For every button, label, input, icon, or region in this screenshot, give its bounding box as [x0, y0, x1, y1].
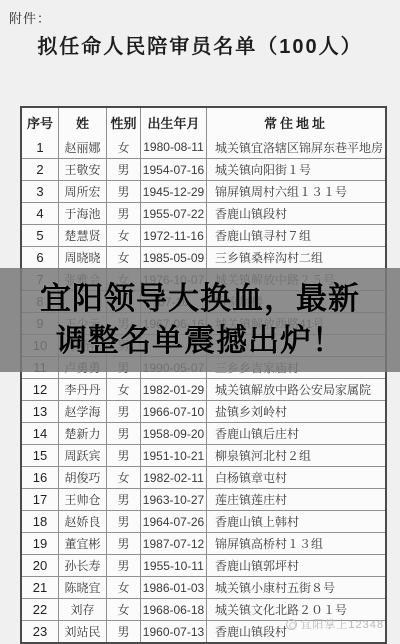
table-row: 18赵娇良男1964-07-26香鹿山镇上韩村 — [22, 510, 385, 532]
table-row: 5楚慧贤女1972-11-16香鹿山镇寻村７组 — [22, 224, 385, 246]
cell-address: 白杨镇章屯村 — [206, 467, 385, 488]
cell-name: 李丹丹 — [58, 379, 106, 400]
cell-birth: 1985-05-09 — [140, 247, 206, 268]
juror-table: 序号 姓 性别 出生年月 常住地址 1赵丽娜女1980-08-11城关镇宜洛辖区… — [20, 106, 387, 644]
cell-gender: 男 — [106, 159, 140, 180]
cell-name: 赵丽娜 — [58, 136, 106, 158]
cell-birth: 1951-10-21 — [140, 445, 206, 466]
cell-address: 香鹿山镇后庄村 — [206, 423, 385, 444]
cell-birth: 1960-07-13 — [140, 621, 206, 642]
circle-logo-icon — [286, 619, 297, 630]
cell-name: 董宜彬 — [58, 533, 106, 554]
watermark-text: 宜阳掌上12348 — [300, 616, 384, 632]
cell-gender: 女 — [106, 577, 140, 598]
header-cell-birth: 出生年月 — [140, 108, 206, 136]
headline-line-2: 调整名单震撼出炉！ — [56, 320, 344, 362]
cell-gender: 女 — [106, 467, 140, 488]
cell-birth: 1954-07-16 — [140, 159, 206, 180]
table-row: 20孙长寿男1955-10-11香鹿山镇郭坪村 — [22, 554, 385, 576]
headline-line-1: 宜阳领导大换血，最新 — [40, 278, 360, 320]
cell-name: 王帅仓 — [58, 489, 106, 510]
table-row: 1赵丽娜女1980-08-11城关镇宜洛辖区锦屏东巷平地房１号 — [22, 136, 385, 158]
cell-num: 4 — [22, 203, 58, 224]
cell-gender: 女 — [106, 599, 140, 620]
cell-birth: 1966-07-10 — [140, 401, 206, 422]
cell-name: 赵娇良 — [58, 511, 106, 532]
cell-address: 莲庄镇莲庄村 — [206, 489, 385, 510]
cell-gender: 男 — [106, 203, 140, 224]
table-row: 19董宜彬男1987-07-12锦屏镇高桥村１３组 — [22, 532, 385, 554]
table-row: 14楚新力男1958-09-20香鹿山镇后庄村 — [22, 422, 385, 444]
cell-num: 17 — [22, 489, 58, 510]
cell-name: 胡俊巧 — [58, 467, 106, 488]
cell-address: 锦屏镇高桥村１３组 — [206, 533, 385, 554]
table-row: 15周跃宾男1951-10-21柳泉镇河北村２组 — [22, 444, 385, 466]
cell-birth: 1982-02-11 — [140, 467, 206, 488]
cell-birth: 1968-06-18 — [140, 599, 206, 620]
cell-address: 香鹿山镇寻村７组 — [206, 225, 385, 246]
cell-gender: 女 — [106, 225, 140, 246]
table-row: 21陈晓宜女1986-01-03城关镇小康村五街８号 — [22, 576, 385, 598]
cell-gender: 男 — [106, 555, 140, 576]
cell-name: 刘存 — [58, 599, 106, 620]
cell-num: 15 — [22, 445, 58, 466]
header-cell-number: 序号 — [22, 108, 58, 136]
cell-name: 赵学海 — [58, 401, 106, 422]
headline-overlay-banner: 宜阳领导大换血，最新 调整名单震撼出炉！ — [0, 268, 400, 372]
cell-gender: 男 — [106, 511, 140, 532]
cell-num: 21 — [22, 577, 58, 598]
cell-birth: 1955-07-22 — [140, 203, 206, 224]
cell-birth: 1964-07-26 — [140, 511, 206, 532]
cell-birth: 1987-07-12 — [140, 533, 206, 554]
cell-name: 楚新力 — [58, 423, 106, 444]
cell-num: 19 — [22, 533, 58, 554]
table-row: 16胡俊巧女1982-02-11白杨镇章屯村 — [22, 466, 385, 488]
cell-address: 盐镇乡刘岭村 — [206, 401, 385, 422]
cell-address: 香鹿山镇段村 — [206, 203, 385, 224]
header-cell-name: 姓 — [58, 108, 106, 136]
header-cell-address: 常住地址 — [206, 108, 385, 136]
cell-num: 13 — [22, 401, 58, 422]
cell-num: 18 — [22, 511, 58, 532]
cell-address: 柳泉镇河北村２组 — [206, 445, 385, 466]
cell-gender: 男 — [106, 401, 140, 422]
cell-name: 周所宏 — [58, 181, 106, 202]
cell-address: 香鹿山镇郭坪村 — [206, 555, 385, 576]
cell-gender: 女 — [106, 136, 140, 158]
cell-num: 16 — [22, 467, 58, 488]
cell-gender: 男 — [106, 181, 140, 202]
watermark: 宜阳掌上12348 — [286, 616, 384, 632]
cell-num: 1 — [22, 136, 58, 158]
cell-address: 香鹿山镇上韩村 — [206, 511, 385, 532]
cell-address: 城关镇向阳街１号 — [206, 159, 385, 180]
cell-name: 刘站民 — [58, 621, 106, 642]
cell-name: 周晓晓 — [58, 247, 106, 268]
cell-num: 2 — [22, 159, 58, 180]
cell-address: 城关镇宜洛辖区锦屏东巷平地房１号 — [206, 136, 385, 158]
cell-num: 14 — [22, 423, 58, 444]
table-header-row: 序号 姓 性别 出生年月 常住地址 — [22, 108, 385, 136]
cell-num: 20 — [22, 555, 58, 576]
cell-gender: 男 — [106, 621, 140, 642]
table-row: 12李丹丹女1982-01-29城关镇解放中路公安局家属院 — [22, 378, 385, 400]
attachment-label: 附件： — [9, 8, 51, 27]
table-body: 1赵丽娜女1980-08-11城关镇宜洛辖区锦屏东巷平地房１号2王敬安男1954… — [22, 136, 385, 642]
cell-birth: 1955-10-11 — [140, 555, 206, 576]
table-row: 2王敬安男1954-07-16城关镇向阳街１号 — [22, 158, 385, 180]
cell-num: 5 — [22, 225, 58, 246]
cell-num: 22 — [22, 599, 58, 620]
header-cell-gender: 性别 — [106, 108, 140, 136]
cell-gender: 女 — [106, 247, 140, 268]
cell-address: 城关镇小康村五街８号 — [206, 577, 385, 598]
cell-address: 锦屏镇周村六组１３１号 — [206, 181, 385, 202]
cell-name: 孙长寿 — [58, 555, 106, 576]
cell-birth: 1963-10-27 — [140, 489, 206, 510]
cell-name: 王敬安 — [58, 159, 106, 180]
table-row: 3周所宏男1945-12-29锦屏镇周村六组１３１号 — [22, 180, 385, 202]
cell-birth: 1982-01-29 — [140, 379, 206, 400]
cell-name: 陈晓宜 — [58, 577, 106, 598]
cell-gender: 男 — [106, 423, 140, 444]
cell-gender: 男 — [106, 489, 140, 510]
page-title: 拟任命人民陪审员名单（100人） — [0, 30, 400, 59]
cell-num: 12 — [22, 379, 58, 400]
cell-gender: 女 — [106, 379, 140, 400]
cell-num: 6 — [22, 247, 58, 268]
cell-birth: 1980-08-11 — [140, 136, 206, 158]
cell-address: 三乡镇桑梓沟村二组 — [206, 247, 385, 268]
cell-birth: 1958-09-20 — [140, 423, 206, 444]
cell-birth: 1986-01-03 — [140, 577, 206, 598]
cell-name: 于海池 — [58, 203, 106, 224]
cell-name: 楚慧贤 — [58, 225, 106, 246]
table-row: 4于海池男1955-07-22香鹿山镇段村 — [22, 202, 385, 224]
cell-name: 周跃宾 — [58, 445, 106, 466]
cell-birth: 1945-12-29 — [140, 181, 206, 202]
cell-address: 城关镇解放中路公安局家属院 — [206, 379, 385, 400]
cell-num: 3 — [22, 181, 58, 202]
table-row: 6周晓晓女1985-05-09三乡镇桑梓沟村二组 — [22, 246, 385, 268]
cell-birth: 1972-11-16 — [140, 225, 206, 246]
table-row: 17王帅仓男1963-10-27莲庄镇莲庄村 — [22, 488, 385, 510]
cell-num: 23 — [22, 621, 58, 642]
cell-gender: 男 — [106, 533, 140, 554]
table-row: 13赵学海男1966-07-10盐镇乡刘岭村 — [22, 400, 385, 422]
cell-gender: 男 — [106, 445, 140, 466]
